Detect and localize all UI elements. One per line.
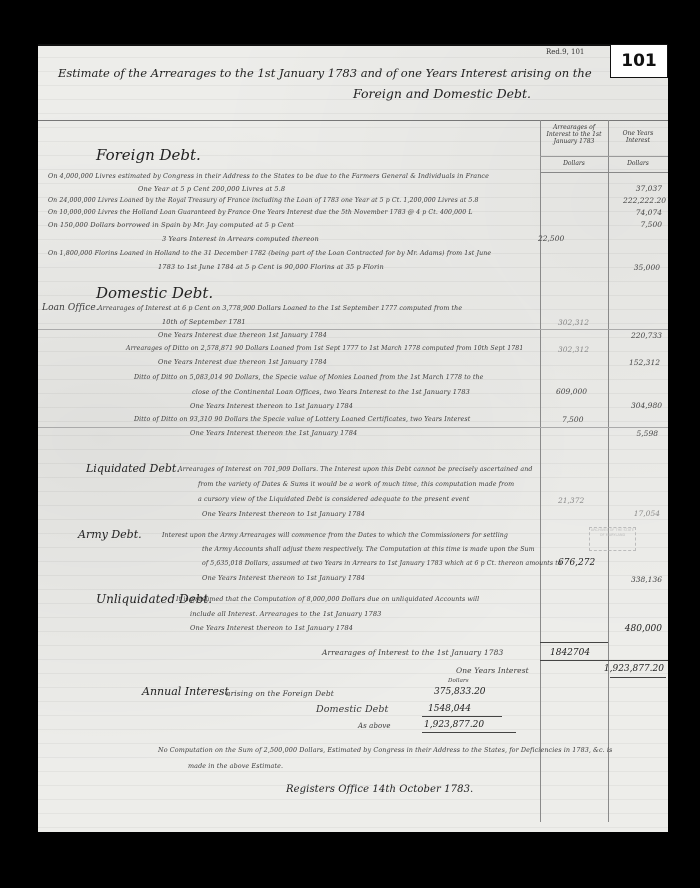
liquidated-arrears-value: 21,372 (558, 496, 584, 505)
annual-interest-foreign-label: arising on the Foreign Debt (226, 689, 334, 698)
foreign-interest-value: 37,037 (636, 184, 662, 193)
annual-interest-domestic-label: Domestic Debt (316, 704, 388, 715)
army-interest-value: 338,136 (631, 575, 662, 584)
reference-mark: Red.9, 101 (546, 48, 584, 56)
section-heading-foreign-debt: Foreign Debt. (96, 146, 201, 164)
domestic-interest-value: 152,312 (629, 358, 660, 367)
unliquidated-line: One Years Interest thereon to 1st Januar… (190, 624, 353, 632)
annual-interest-unit: Dollars (448, 678, 469, 684)
foreign-arrears-value: 22,500 (538, 234, 564, 243)
annual-interest-foreign-value: 375,833.20 (434, 687, 486, 697)
total-underline (610, 677, 666, 678)
army-line: Interest upon the Army Arrearages will c… (162, 532, 508, 539)
domestic-line: Ditto of Ditto on 93,310 90 Dollars the … (134, 416, 470, 423)
section-heading-domestic-debt: Domestic Debt. (96, 284, 213, 302)
foreign-line: 3 Years Interest in Arrears computed the… (162, 235, 319, 243)
page-top-edge (38, 44, 668, 46)
liquidated-interest-value: 17,054 (634, 509, 660, 518)
page-number-badge: 101 (610, 44, 668, 78)
foreign-interest-value: 7,500 (641, 220, 662, 229)
unliquidated-line: It is presumed that the Computation of 8… (176, 596, 479, 603)
column-divider-right (608, 120, 609, 822)
domestic-line: One Years Interest due thereon 1st Janua… (158, 358, 327, 366)
signature-line: Registers Office 14th October 1783. (286, 784, 473, 795)
column-unit-rule (540, 172, 668, 173)
column-header-arrearages: Arrearages of Interest to the 1st Januar… (541, 124, 607, 145)
foreign-interest-value: 74,074 (636, 208, 662, 217)
foreign-line: On 4,000,000 Livres estimated by Congres… (48, 172, 489, 180)
total-rule (540, 660, 668, 661)
one-year-total-label: One Years Interest (456, 666, 529, 675)
header-rule (38, 120, 668, 121)
foreign-line: 1783 to 1st June 1784 at 5 p Cent is 90,… (158, 263, 384, 271)
archives-stamp: ARCHIVES OF THE STATE OF MARYLAND (589, 527, 636, 551)
column-header-one-year: One Years Interest (610, 130, 666, 144)
domestic-line: Arrearages of Ditto on 2,578,871 90 Doll… (126, 345, 523, 352)
arrearages-total-value: 1842704 (550, 648, 590, 658)
foreign-line: One Year at 5 p Cent 200,000 Livres at 5… (138, 185, 285, 193)
document-page: Red.9, 101 Estimate of the Arrearages to… (38, 44, 668, 832)
liquidated-line: Arrearages of Interest on 701,909 Dollar… (178, 466, 532, 473)
row-rule (38, 427, 668, 428)
annual-interest-domestic-value: 1548,044 (428, 704, 471, 714)
annual-interest-as-above-value: 1,923,877.20 (424, 720, 484, 730)
one-year-total-value: 1,923,877.20 (604, 664, 664, 674)
column-divider-left (540, 120, 541, 822)
domestic-interest-value: 220,733 (631, 331, 662, 340)
foreign-line: On 1,800,000 Florins Loaned in Holland t… (48, 250, 491, 257)
foreign-line: On 150,000 Dollars borrowed in Spain by … (48, 221, 294, 229)
foreign-interest-value: 222,222.20 (623, 196, 666, 205)
army-line: of 5,635,018 Dollars, assumed at two Yea… (202, 560, 562, 567)
note-line-1: No Computation on the Sum of 2,500,000 D… (158, 746, 612, 754)
domestic-arrears-value: 302,312 (558, 318, 589, 327)
domestic-arrears-value: 609,000 (556, 387, 587, 396)
domestic-interest-value: 304,980 (631, 401, 662, 410)
foreign-line: On 24,000,000 Livres Loaned by the Royal… (48, 197, 479, 204)
unliquidated-line: include all Interest. Arrearages to the … (190, 610, 381, 618)
row-rule (38, 329, 668, 330)
column-unit-right: Dollars (610, 160, 666, 167)
section-heading-army-debt: Army Debt. (78, 528, 142, 541)
annual-interest-heading: Annual Interest (142, 685, 229, 698)
liquidated-line: from the variety of Dates & Sums it woul… (198, 481, 514, 488)
army-line: the Army Accounts shall adjust them resp… (202, 546, 535, 553)
column-header-rule (540, 156, 668, 157)
title-line-2: Foreign and Domestic Debt. (353, 86, 531, 101)
domestic-arrears-value: 302,312 (558, 345, 589, 354)
section-heading-liquidated-debt: Liquidated Debt. (86, 462, 180, 475)
annual-interest-as-above-label: As above (358, 722, 391, 730)
domestic-line: Arrearages of Interest at 6 p Cent on 3,… (98, 305, 462, 312)
foreign-line: On 10,000,000 Livres the Holland Loan Gu… (48, 209, 473, 216)
title-line-1: Estimate of the Arrearages to the 1st Ja… (58, 66, 592, 80)
liquidated-line: One Years Interest thereon to 1st Januar… (202, 510, 365, 518)
unliquidated-interest-value: 480,000 (625, 624, 662, 634)
domestic-line: One Years Interest thereon the 1st Janua… (190, 429, 357, 437)
army-line: One Years Interest thereon to 1st Januar… (202, 574, 365, 582)
summary-underline (422, 732, 516, 733)
note-line-2: made in the above Estimate. (188, 762, 283, 770)
domestic-line: Ditto of Ditto on 5,083,014 90 Dollars, … (134, 374, 483, 381)
domestic-arrears-value: 7,500 (562, 415, 583, 424)
domestic-line: close of the Continental Loan Offices, t… (192, 388, 470, 396)
domestic-line: One Years Interest due thereon 1st Janua… (158, 331, 327, 339)
loan-office-label: Loan Office. (42, 303, 99, 313)
army-arrears-value: 676,272 (558, 558, 595, 568)
domestic-interest-value: 5,598 (637, 429, 658, 438)
liquidated-line: a cursory view of the Liquidated Debt is… (198, 496, 469, 503)
column-unit-left: Dollars (541, 160, 607, 167)
domestic-line: One Years Interest thereon to 1st Januar… (190, 402, 353, 410)
arrearages-total-label: Arrearages of Interest to the 1st Januar… (322, 648, 503, 657)
domestic-line: 10th of September 1781 (162, 318, 246, 326)
foreign-interest-value: 35,000 (634, 263, 660, 272)
total-rule (540, 642, 608, 643)
summary-underline (422, 716, 502, 717)
